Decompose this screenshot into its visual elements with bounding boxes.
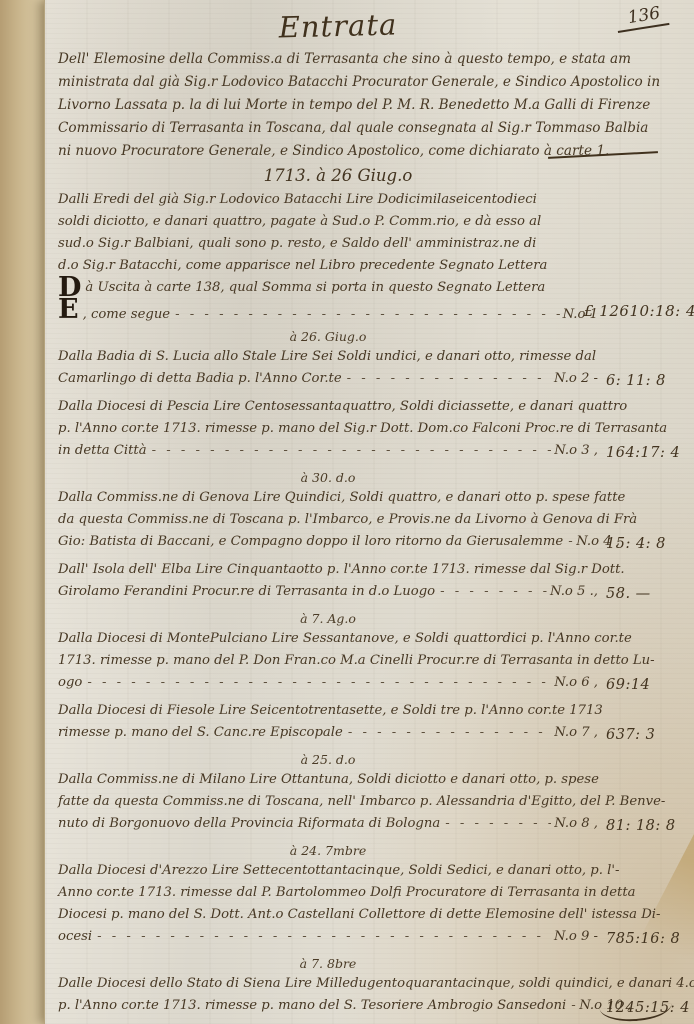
ledger-entry: Dalla Diocesi d'Arezzo Lire Settecentott… bbox=[58, 860, 598, 948]
year-date-heading: 1713. à 26 Giug.o bbox=[58, 163, 618, 189]
entry-number: N.o 7 , bbox=[551, 722, 598, 744]
entry-amount: 6: 11: 8 bbox=[606, 373, 666, 389]
entry-last-line: nuto di Borgonuovo della Provincia Rifor… bbox=[58, 813, 598, 835]
dash-leader: - - - - - - - - - - - - - - - - - - - - … bbox=[435, 581, 547, 603]
entry-line: p. l'Anno cor.te 1713. rimesse p. mano d… bbox=[58, 418, 598, 440]
entry-line-text: rimesse p. mano del S. Canc.re Episcopal… bbox=[58, 722, 343, 744]
entry-date-heading: à 24. 7mbre bbox=[58, 841, 598, 860]
entry-number: N.o 5 ., bbox=[547, 581, 598, 603]
entry-amount: 81: 18: 8 bbox=[606, 818, 676, 834]
entry-line: Diocesi p. mano del S. Dott. Ant.o Caste… bbox=[58, 904, 598, 926]
ledger-entry: Dalla Diocesi di Pescia Lire Centosessan… bbox=[58, 396, 598, 462]
intro-line: ministrata dal già Sig.r Lodovico Batacc… bbox=[58, 71, 668, 94]
entry-last-line: E , come segue - - - - - - - - - - - - -… bbox=[58, 299, 598, 321]
entry-amount: £ 12610:18: 4 bbox=[584, 302, 694, 320]
entry-last-line: ogo - - - - - - - - - - - - - - - - - - … bbox=[58, 672, 598, 694]
entry-line: 1713. rimesse p. mano del P. Don Fran.co… bbox=[58, 650, 598, 672]
entry-line-text: Camarlingo di detta Badia p. l'Anno Cor.… bbox=[58, 368, 342, 390]
entry-line-text: Girolamo Ferandini Procur.re di Terrasan… bbox=[58, 581, 435, 603]
entry-last-line: Girolamo Ferandini Procur.re di Terrasan… bbox=[58, 581, 598, 603]
ledger-entry: Dalla Diocesi di Fiesole Lire Seicentotr… bbox=[58, 700, 598, 744]
entry-line-text: Gio: Batista di Baccani, e Compagno dopp… bbox=[58, 531, 563, 553]
entry-number: N.o 3 , bbox=[551, 440, 598, 462]
entry-amount: 15: 4: 8 bbox=[606, 536, 666, 552]
entry-line: sud.o Sig.r Balbiani, quali sono p. rest… bbox=[58, 233, 598, 255]
entry-line-text: nuto di Borgonuovo della Provincia Rifor… bbox=[58, 813, 440, 835]
ledger-entry: Dalle Diocesi dello Stato di Siena Lire … bbox=[58, 973, 598, 1017]
entry-line: Dalla Commiss.ne di Milano Lire Ottantun… bbox=[58, 769, 598, 791]
entry-line: d.o Sig.r Batacchi, come apparisce nel L… bbox=[58, 255, 598, 277]
dash-leader: - - - - - - - - - - - - - - - - - - - - … bbox=[440, 813, 551, 835]
entry-date-heading: à 30. d.o bbox=[58, 468, 598, 487]
entry-line: fatte da questa Commiss.ne di Toscana, n… bbox=[58, 791, 598, 813]
dash-leader: - - - - - - - - - - - - - - - - - - - - … bbox=[566, 995, 576, 1017]
ledger-entry: Dalla Commiss.ne di Milano Lire Ottantun… bbox=[58, 769, 598, 835]
entry-line-text: , come segue bbox=[83, 304, 171, 326]
page-content: Entrata Dell' Elemosine della Commiss.a … bbox=[58, 6, 668, 1023]
entry-line: Dalli Eredi del già Sig.r Lodovico Batac… bbox=[58, 189, 598, 211]
entry-line: Dalla Badia di S. Lucia allo Stale Lire … bbox=[58, 346, 598, 368]
ledger-entry: Dalla Commiss.ne di Genova Lire Quindici… bbox=[58, 487, 598, 553]
entry-date-heading: à 7. Ag.o bbox=[58, 609, 598, 628]
entry-last-line: Gio: Batista di Baccani, e Compagno dopp… bbox=[58, 531, 598, 553]
entry-last-line: in detta Città - - - - - - - - - - - - -… bbox=[58, 440, 598, 462]
entry-amount: 637: 3 bbox=[606, 727, 655, 743]
entry-line-text: ocesi bbox=[58, 926, 92, 948]
dash-leader: - - - - - - - - - - - - - - - - - - - - … bbox=[563, 531, 573, 553]
entry-line-text: in detta Città bbox=[58, 440, 147, 462]
dash-leader: - - - - - - - - - - - - - - - - - - - - … bbox=[92, 926, 551, 948]
entry-last-line: ocesi - - - - - - - - - - - - - - - - - … bbox=[58, 926, 598, 948]
entry-line: Dalla Commiss.ne di Genova Lire Quindici… bbox=[58, 487, 598, 509]
entry-last-line: p. l'Anno cor.te 1713. rimesse p. mano d… bbox=[58, 995, 598, 1017]
entry-line-text: ogo bbox=[58, 672, 82, 694]
entry-line: Dalla Diocesi di MontePulciano Lire Sess… bbox=[58, 628, 598, 650]
entry-number: N.o 2 - bbox=[551, 368, 598, 390]
entry-line-text: p. l'Anno cor.te 1713. rimesse p. mano d… bbox=[58, 995, 566, 1017]
dash-leader: - - - - - - - - - - - - - - - - - - - - … bbox=[170, 304, 559, 326]
dash-leader: - - - - - - - - - - - - - - - - - - - - … bbox=[147, 440, 552, 462]
entry-amount: 164:17: 4 bbox=[606, 445, 680, 461]
entry-amount: 58. — bbox=[606, 586, 651, 602]
entry-amount: 69:14 bbox=[606, 677, 650, 693]
entry-line: Anno cor.te 1713. rimesse dal P. Bartolo… bbox=[58, 882, 598, 904]
entry-line: Dalla Diocesi di Fiesole Lire Seicentotr… bbox=[58, 700, 598, 722]
entry-number: N.o 6 , bbox=[551, 672, 598, 694]
intro-line: Commissario di Terrasanta in Toscana, da… bbox=[58, 117, 668, 140]
dash-leader: - - - - - - - - - - - - - - - - - - - - … bbox=[343, 722, 551, 744]
entry-line: Dà Uscita à carte 138, qual Somma si por… bbox=[58, 277, 598, 299]
entry-line: Dalle Diocesi dello Stato di Siena Lire … bbox=[58, 973, 598, 995]
entry-last-line: rimesse p. mano del S. Canc.re Episcopal… bbox=[58, 722, 598, 744]
entry-number: N.o 8 , bbox=[551, 813, 598, 835]
entry-line: Dall' Isola dell' Elba Lire Cinquantaott… bbox=[58, 559, 598, 581]
intro-paragraph: Dell' Elemosine della Commiss.a di Terra… bbox=[58, 48, 668, 163]
entry-line: Dalla Diocesi di Pescia Lire Centosessan… bbox=[58, 396, 598, 418]
entry-line: soldi diciotto, e danari quattro, pagate… bbox=[58, 211, 598, 233]
entry-line: Dalla Diocesi d'Arezzo Lire Settecentott… bbox=[58, 860, 598, 882]
entry-date-heading: à 26. Giug.o bbox=[58, 327, 598, 346]
ledger-entry: Dall' Isola dell' Elba Lire Cinquantaott… bbox=[58, 559, 598, 603]
dash-leader: - - - - - - - - - - - - - - - - - - - - … bbox=[82, 672, 551, 694]
entry-date-heading: à 25. d.o bbox=[58, 750, 598, 769]
entry-line-text: à Uscita à carte 138, qual Somma si port… bbox=[85, 280, 545, 295]
manuscript-photo: 136 Entrata Dell' Elemosine della Commis… bbox=[0, 0, 694, 1024]
entry-amount: 785:16: 8 bbox=[606, 931, 680, 947]
intro-line: Livorno Lassata p. la di lui Morte in te… bbox=[58, 94, 668, 117]
entry-last-line: Camarlingo di detta Badia p. l'Anno Cor.… bbox=[58, 368, 598, 390]
ledger-entry: Dalli Eredi del già Sig.r Lodovico Batac… bbox=[58, 189, 598, 321]
dash-leader: - - - - - - - - - - - - - - - - - - - - … bbox=[342, 368, 551, 390]
drop-initial-e: E bbox=[58, 299, 79, 321]
entry-line: da questa Commiss.ne di Toscana p. l'Imb… bbox=[58, 509, 598, 531]
entry-number: N.o 9 - bbox=[551, 926, 598, 948]
ledger-entry: Dalla Badia di S. Lucia allo Stale Lire … bbox=[58, 346, 598, 390]
ledger-entry: Dalla Diocesi di MontePulciano Lire Sess… bbox=[58, 628, 598, 694]
entry-date-heading: à 7. 8bre bbox=[58, 954, 598, 973]
intro-line: ni nuovo Procuratore Generale, e Sindico… bbox=[58, 140, 668, 163]
